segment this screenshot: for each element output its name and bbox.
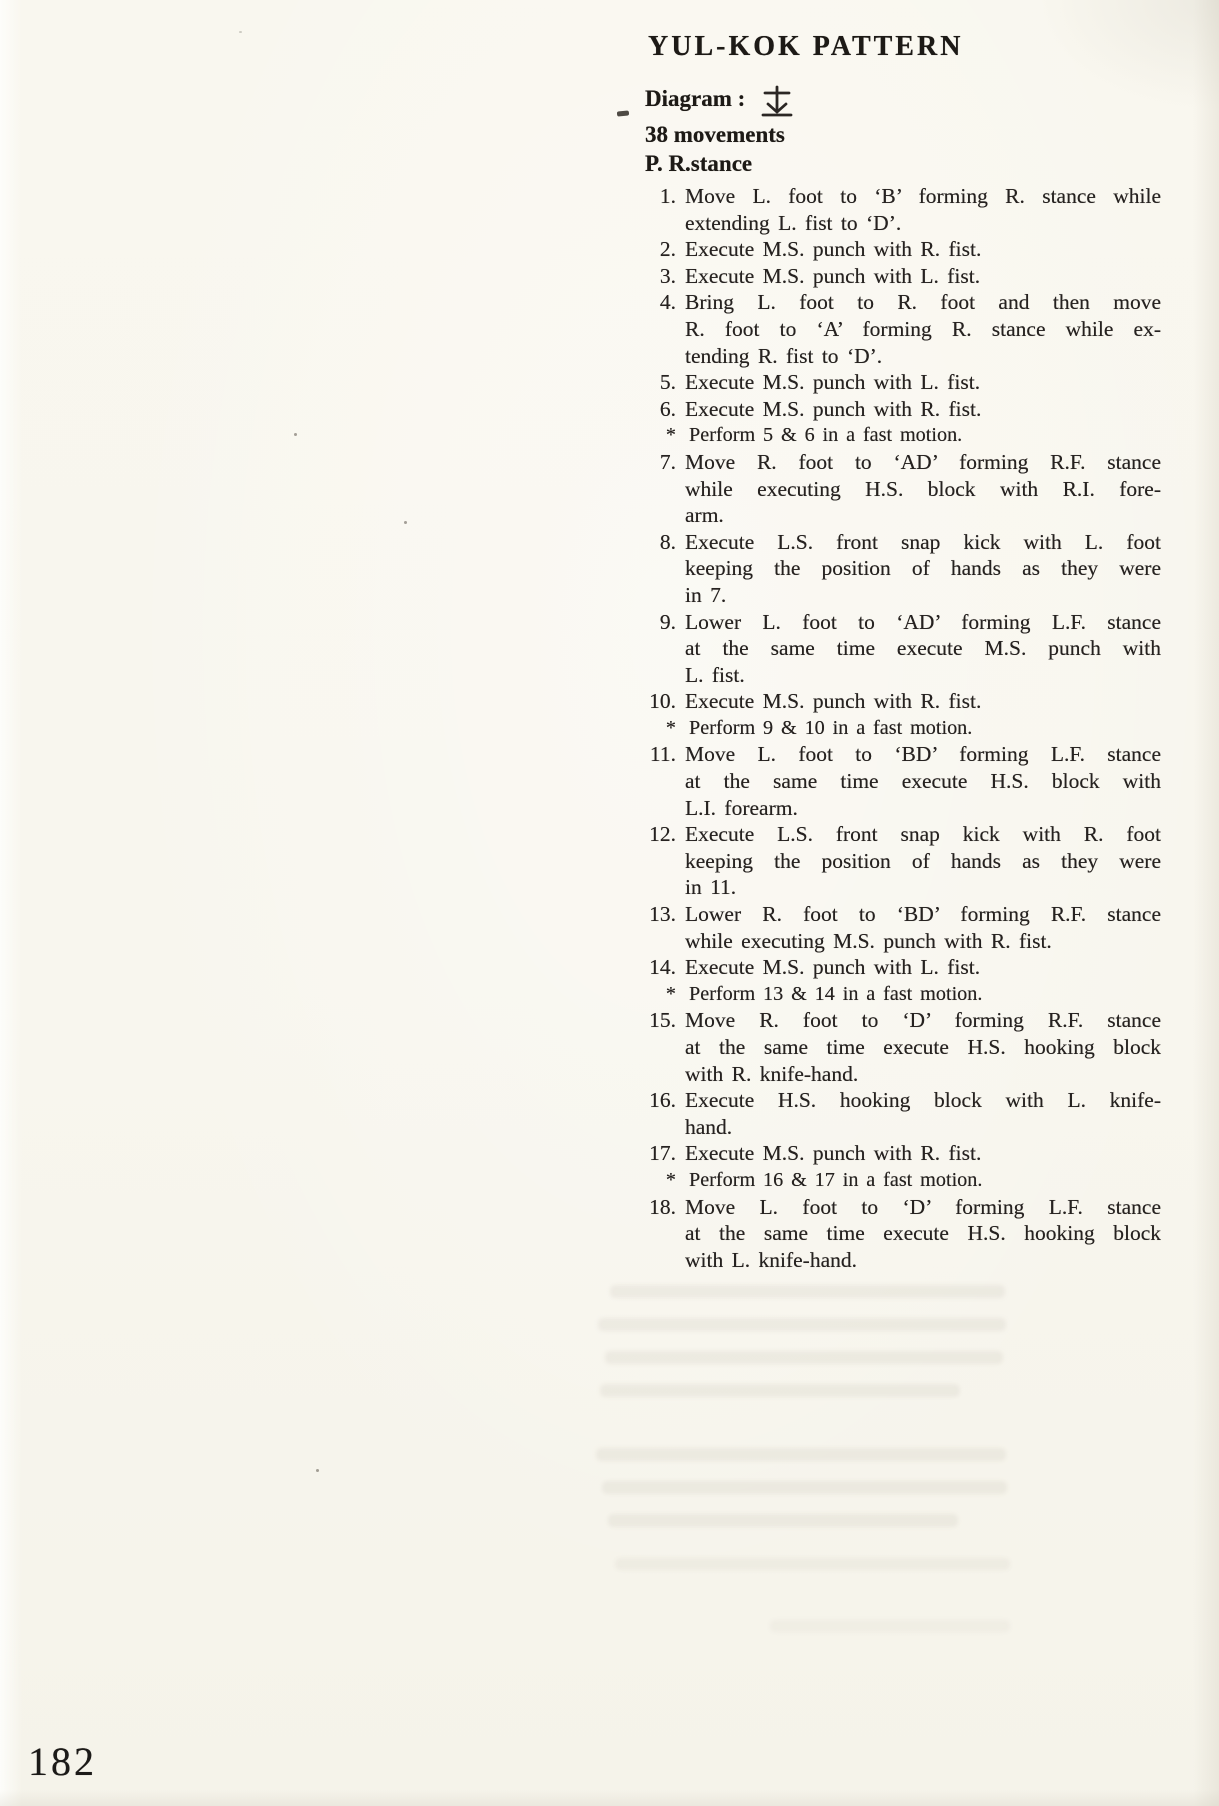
movement-row: 4. Bring L. foot to R. foot and then mov… (612, 289, 1162, 369)
movement-row: * Perform 13 & 14 in a fast motion. (612, 981, 1162, 1008)
step-line: Move R. foot to ‘D’ forming R.F. stance (685, 1007, 1161, 1034)
step-marker: 3. (612, 263, 676, 290)
movement-row: * Perform 5 & 6 in a fast motion. (612, 422, 1162, 449)
step-line: Perform 13 & 14 in a fast motion. (689, 981, 1165, 1008)
step-text: Lower L. foot to ‘AD’ forming L.F. stanc… (685, 609, 1161, 689)
movement-row: 5. Execute M.S. punch with L. fist. (612, 369, 1162, 396)
step-text: Perform 9 & 10 in a fast motion. (689, 715, 1165, 742)
step-line: while executing H.S. block with R.I. for… (685, 476, 1161, 503)
step-line: in 7. (685, 582, 1161, 609)
step-text: Perform 16 & 17 in a fast motion. (689, 1167, 1165, 1194)
stray-ink-mark (617, 110, 629, 116)
step-line: in 11. (685, 874, 1161, 901)
step-line: at the same time execute H.S. block with (685, 768, 1161, 795)
page-number: 182 (28, 1738, 97, 1785)
step-line: Perform 16 & 17 in a fast motion. (689, 1167, 1165, 1194)
bleedthrough-row (608, 1514, 958, 1527)
movement-row: 7. Move R. foot to ‘AD’ forming R.F. sta… (612, 449, 1162, 529)
step-marker: 16. (612, 1087, 676, 1114)
step-line: Perform 5 & 6 in a fast motion. (689, 422, 1165, 449)
step-text: Lower R. foot to ‘BD’ forming R.F. stanc… (685, 901, 1161, 954)
page-title: YUL-KOK PATTERN (648, 31, 963, 63)
step-text: Bring L. foot to R. foot and then moveR.… (685, 289, 1161, 369)
movement-row: 17. Execute M.S. punch with R. fist. (612, 1140, 1162, 1167)
bleedthrough-row (596, 1448, 1006, 1461)
movement-row: 1. Move L. foot to ‘B’ forming R. stance… (612, 183, 1162, 236)
step-marker: * (612, 715, 680, 742)
ready-stance: P. R.stance (645, 151, 793, 180)
step-marker: 1. (612, 183, 676, 210)
step-text: Execute M.S. punch with R. fist. (685, 688, 1161, 715)
step-line: Bring L. foot to R. foot and then move (685, 289, 1161, 316)
movement-row: 15. Move R. foot to ‘D’ forming R.F. sta… (612, 1007, 1162, 1087)
step-line: Execute L.S. front snap kick with R. foo… (685, 821, 1161, 848)
step-line: Execute L.S. front snap kick with L. foo… (685, 529, 1161, 556)
step-line: Lower R. foot to ‘BD’ forming R.F. stanc… (685, 901, 1161, 928)
movement-row: 8. Execute L.S. front snap kick with L. … (612, 529, 1162, 609)
scan-speck (239, 31, 242, 33)
movement-row: 12. Execute L.S. front snap kick with R.… (612, 821, 1162, 901)
step-line: keeping the position of hands as they we… (685, 848, 1161, 875)
step-line: keeping the position of hands as they we… (685, 555, 1161, 582)
step-marker: 9. (612, 609, 676, 636)
step-marker: 10. (612, 688, 676, 715)
bleedthrough-row (615, 1558, 1010, 1570)
scan-speck (294, 433, 297, 436)
step-line: while executing M.S. punch with R. fist. (685, 928, 1161, 955)
bleedthrough-row (605, 1351, 1003, 1364)
step-line: Execute H.S. hooking block with L. knife… (685, 1087, 1161, 1114)
step-text: Execute M.S. punch with L. fist. (685, 263, 1161, 290)
step-marker: 17. (612, 1140, 676, 1167)
step-line: Execute M.S. punch with R. fist. (685, 236, 1161, 263)
step-text: Execute M.S. punch with R. fist. (685, 236, 1161, 263)
movement-count: 38 movements (645, 122, 793, 151)
bleedthrough-row (770, 1620, 1010, 1632)
step-marker: 18. (612, 1194, 676, 1221)
step-text: Move R. foot to ‘D’ forming R.F. stancea… (685, 1007, 1161, 1087)
step-line: at the same time execute M.S. punch with (685, 635, 1161, 662)
scan-speck (404, 521, 407, 524)
step-line: L.I. forearm. (685, 795, 1161, 822)
movement-row: 13. Lower R. foot to ‘BD’ forming R.F. s… (612, 901, 1162, 954)
step-marker: * (612, 981, 680, 1008)
step-text: Execute H.S. hooking block with L. knife… (685, 1087, 1161, 1140)
bleedthrough-row (598, 1318, 1006, 1331)
step-text: Execute M.S. punch with L. fist. (685, 369, 1161, 396)
diagram-row: Diagram : (645, 86, 793, 122)
step-marker: 12. (612, 821, 676, 848)
bleedthrough-row (600, 1384, 960, 1397)
scan-edge-left (0, 0, 22, 1806)
step-line: tending R. fist to ‘D’. (685, 343, 1161, 370)
step-text: Move R. foot to ‘AD’ forming R.F. stance… (685, 449, 1161, 529)
step-line: Move L. foot to ‘BD’ forming L.F. stance (685, 741, 1161, 768)
step-marker: * (612, 422, 680, 449)
scan-speck (316, 1469, 319, 1472)
scanned-book-page: YUL-KOK PATTERN Diagram : 38 movements P… (0, 0, 1219, 1806)
step-marker: 2. (612, 236, 676, 263)
diagram-label: Diagram : (645, 86, 745, 112)
step-text: Execute L.S. front snap kick with L. foo… (685, 529, 1161, 609)
step-line: Move R. foot to ‘AD’ forming R.F. stance (685, 449, 1161, 476)
step-marker: 11. (612, 741, 676, 768)
movement-row: 14. Execute M.S. punch with L. fist. (612, 954, 1162, 981)
scan-corner-shadow (1039, 0, 1219, 110)
step-line: at the same time execute H.S. hooking bl… (685, 1034, 1161, 1061)
step-marker: * (612, 1167, 680, 1194)
step-text: Execute M.S. punch with R. fist. (685, 396, 1161, 423)
step-text: Execute M.S. punch with R. fist. (685, 1140, 1161, 1167)
movement-row: 18. Move L. foot to ‘D’ forming L.F. sta… (612, 1194, 1162, 1274)
step-marker: 13. (612, 901, 676, 928)
step-line: Perform 9 & 10 in a fast motion. (689, 715, 1165, 742)
step-line: Move L. foot to ‘D’ forming L.F. stance (685, 1194, 1161, 1221)
step-line: arm. (685, 502, 1161, 529)
step-line: Lower L. foot to ‘AD’ forming L.F. stanc… (685, 609, 1161, 636)
step-line: with R. knife-hand. (685, 1061, 1161, 1088)
step-text: Perform 13 & 14 in a fast motion. (689, 981, 1165, 1008)
step-line: Execute M.S. punch with L. fist. (685, 263, 1161, 290)
pattern-meta: Diagram : 38 movements P. R.stance (645, 86, 793, 180)
step-line: at the same time execute H.S. hooking bl… (685, 1220, 1161, 1247)
step-text: Perform 5 & 6 in a fast motion. (689, 422, 1165, 449)
step-line: Move L. foot to ‘B’ forming R. stance wh… (685, 183, 1161, 210)
movement-row: 16. Execute H.S. hooking block with L. k… (612, 1087, 1162, 1140)
step-line: hand. (685, 1114, 1161, 1141)
step-marker: 4. (612, 289, 676, 316)
movement-row: 6. Execute M.S. punch with R. fist. (612, 396, 1162, 423)
step-marker: 6. (612, 396, 676, 423)
step-line: Execute M.S. punch with L. fist. (685, 954, 1161, 981)
scan-edge-right (1193, 0, 1219, 1806)
bleedthrough-row (602, 1481, 1007, 1494)
movement-row: * Perform 16 & 17 in a fast motion. (612, 1167, 1162, 1194)
step-line: L. fist. (685, 662, 1161, 689)
movement-row: * Perform 9 & 10 in a fast motion. (612, 715, 1162, 742)
step-line: Execute M.S. punch with L. fist. (685, 369, 1161, 396)
step-marker: 5. (612, 369, 676, 396)
step-line: Execute M.S. punch with R. fist. (685, 396, 1161, 423)
step-line: R. foot to ‘A’ forming R. stance while e… (685, 316, 1161, 343)
movement-list: 1. Move L. foot to ‘B’ forming R. stance… (612, 183, 1162, 1273)
step-line: with L. knife-hand. (685, 1247, 1161, 1274)
yul-kok-diagram-icon (761, 84, 793, 126)
step-marker: 7. (612, 449, 676, 476)
movement-row: 3. Execute M.S. punch with L. fist. (612, 263, 1162, 290)
movement-row: 2. Execute M.S. punch with R. fist. (612, 236, 1162, 263)
step-text: Move L. foot to ‘B’ forming R. stance wh… (685, 183, 1161, 236)
scan-edge-bottom (0, 1790, 1219, 1806)
step-line: extending L. fist to ‘D’. (685, 210, 1161, 237)
step-line: Execute M.S. punch with R. fist. (685, 688, 1161, 715)
step-text: Move L. foot to ‘BD’ forming L.F. stance… (685, 741, 1161, 821)
movement-row: 9. Lower L. foot to ‘AD’ forming L.F. st… (612, 609, 1162, 689)
step-marker: 14. (612, 954, 676, 981)
movement-row: 10. Execute M.S. punch with R. fist. (612, 688, 1162, 715)
movement-row: 11. Move L. foot to ‘BD’ forming L.F. st… (612, 741, 1162, 821)
step-line: Execute M.S. punch with R. fist. (685, 1140, 1161, 1167)
step-text: Move L. foot to ‘D’ forming L.F. stancea… (685, 1194, 1161, 1274)
step-marker: 8. (612, 529, 676, 556)
step-text: Execute L.S. front snap kick with R. foo… (685, 821, 1161, 901)
bleedthrough-row (610, 1285, 1005, 1298)
step-marker: 15. (612, 1007, 676, 1034)
step-text: Execute M.S. punch with L. fist. (685, 954, 1161, 981)
